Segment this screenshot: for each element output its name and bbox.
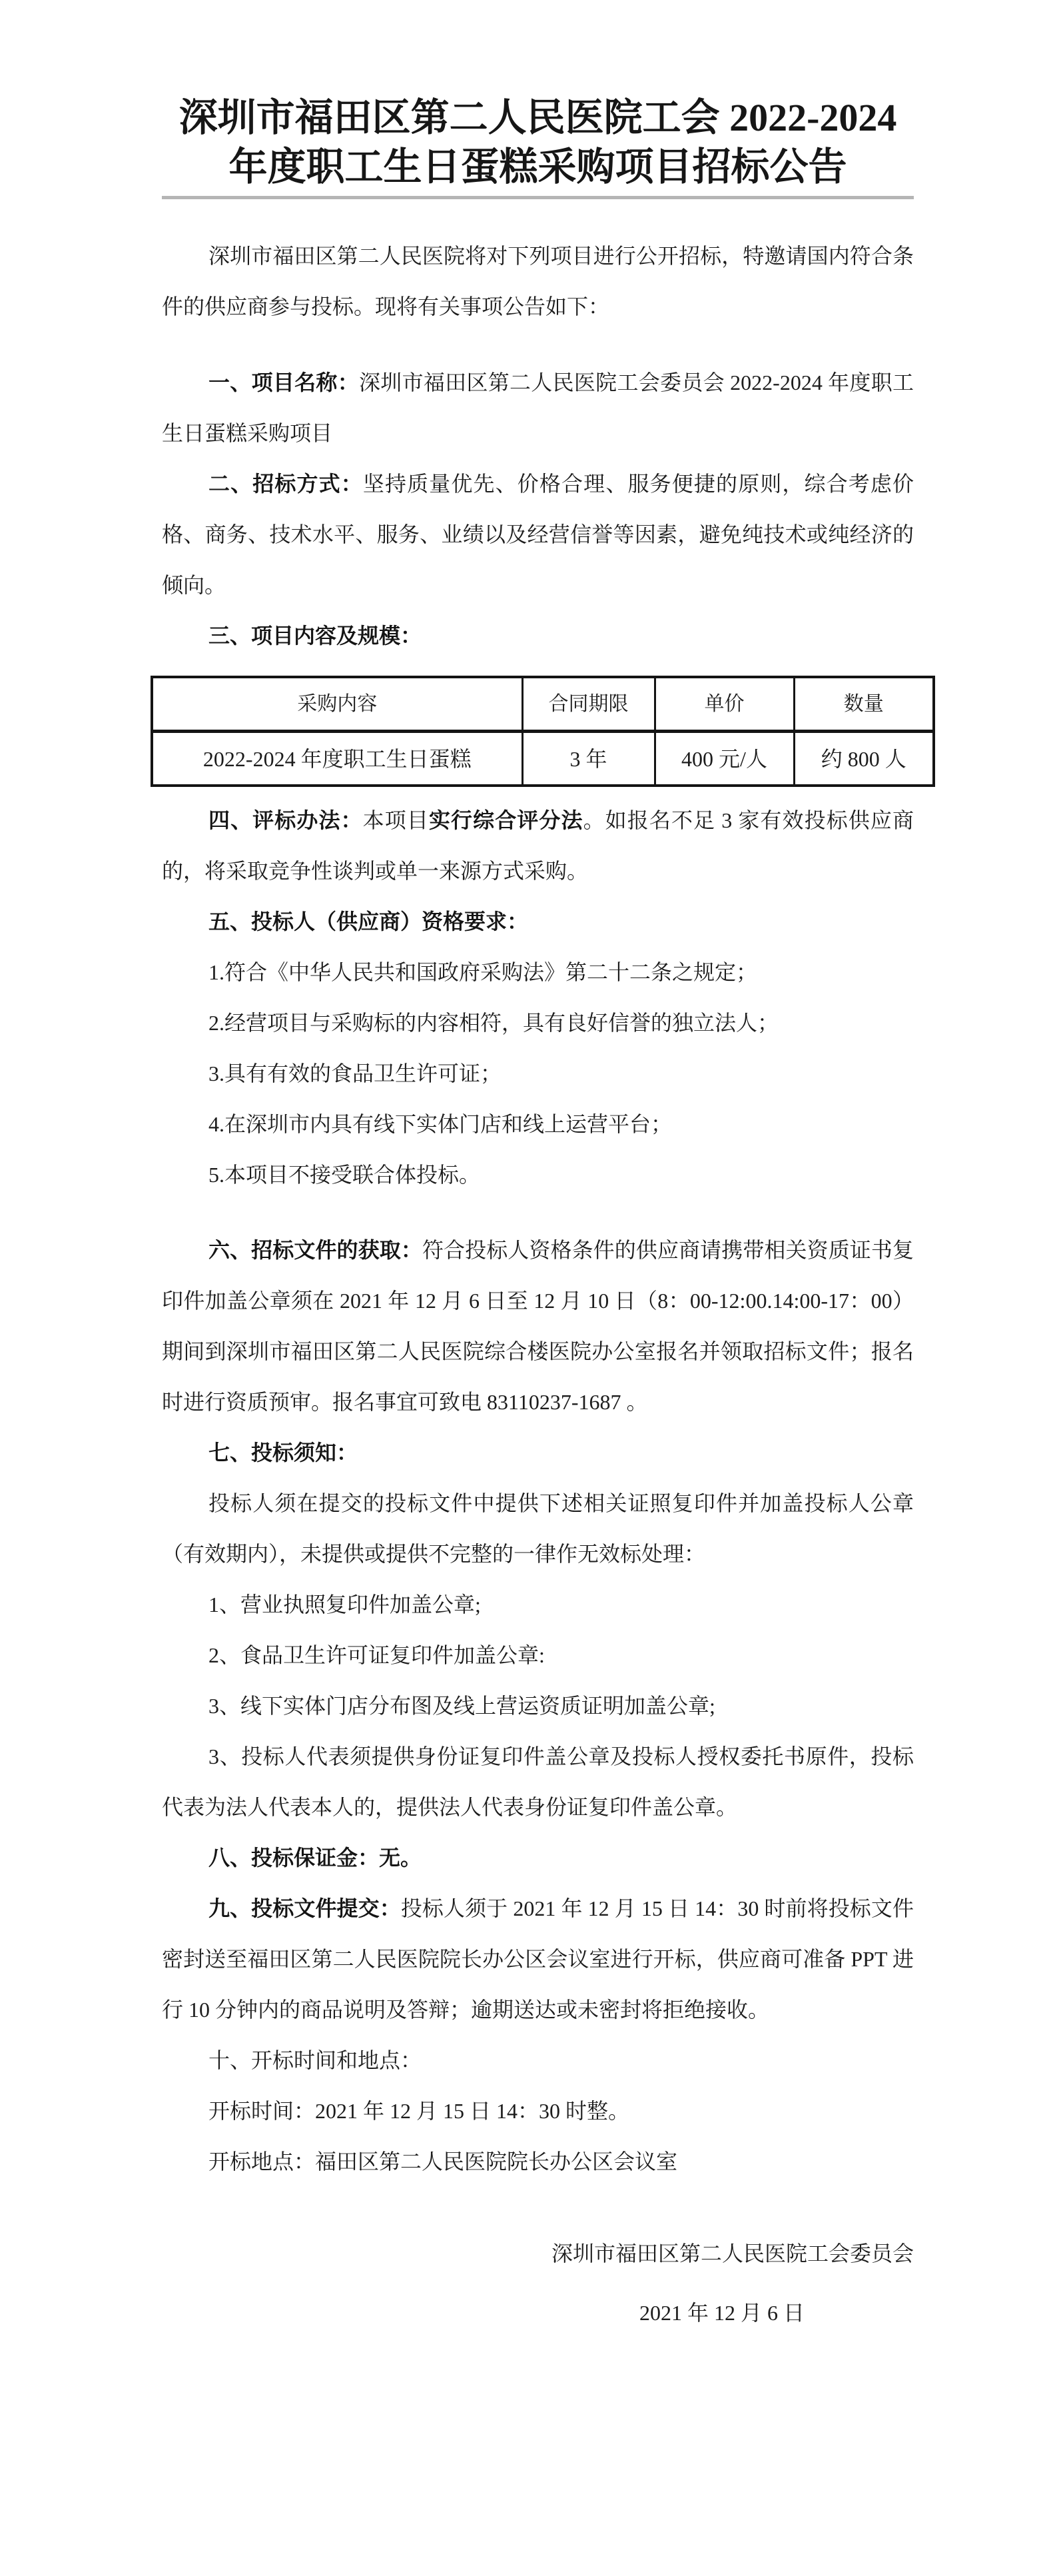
section-10-open-time: 开标时间：2021 年 12 月 15 日 14：30 时整。 (162, 2086, 914, 2136)
table-header-contract-period: 合同期限 (522, 677, 655, 732)
section-4-text1: 本项目 (363, 808, 429, 832)
title-divider (162, 196, 914, 199)
announcement-page: 深圳市福田区第二人民医院工会 2022-2024 年度职工生日蛋糕采购项目招标公… (0, 0, 1057, 2576)
table-header-quantity: 数量 (794, 677, 934, 732)
section-5-item-1: 1.符合《中华人民共和国政府采购法》第二十二条之规定； (162, 947, 914, 997)
section-6-text: 符合投标人资格条件的供应商请携带相关资质证书复印件加盖公章须在 2021 年 1… (162, 1238, 914, 1414)
section-4-bold-phrase: 实行综合评分法 (429, 808, 583, 832)
section-4-evaluation-method: 四、评标办法：本项目实行综合评分法。如报名不足 3 家有效投标供应商的，将采取竞… (162, 795, 914, 896)
section-7-label: 七、投标须知： (208, 1441, 358, 1465)
table-header-content: 采购内容 (152, 677, 522, 732)
section-2-label: 二、招标方式： (208, 472, 363, 496)
section-5-heading: 五、投标人（供应商）资格要求： (162, 896, 914, 947)
section-7-item-3: 3、线下实体门店分布图及线上营运资质证明加盖公章; (162, 1680, 914, 1731)
section-1-label: 一、项目名称： (208, 370, 359, 394)
section-5-item-3: 3.具有有效的食品卫生许可证； (162, 1048, 914, 1099)
section-7-item-4: 3、投标人代表须提供身份证复印件盖公章及投标人授权委托书原件，投标代表为法人代表… (162, 1731, 914, 1832)
document-title-line2: 年度职工生日蛋糕采购项目招标公告 (162, 143, 914, 192)
procurement-table: 采购内容 合同期限 单价 数量 2022-2024 年度职工生日蛋糕 3 年 4… (151, 676, 935, 787)
section-3-heading: 三、项目内容及规模： (162, 610, 914, 661)
section-5-item-2: 2.经营项目与采购标的内容相符，具有良好信誉的独立法人； (162, 997, 914, 1048)
table-cell-contract-period: 3 年 (522, 732, 655, 786)
table-cell-unit-price: 400 元/人 (655, 732, 794, 786)
section-1-project-name: 一、项目名称：深圳市福田区第二人民医院工会委员会 2022-2024 年度职工生… (162, 357, 914, 458)
section-7-heading: 七、投标须知： (162, 1427, 914, 1478)
document-title: 深圳市福田区第二人民医院工会 2022-2024 年度职工生日蛋糕采购项目招标公… (162, 93, 914, 192)
section-7-paragraph: 投标人须在提交的投标文件中提供下述相关证照复印件并加盖投标人公章（有效期内），未… (162, 1478, 914, 1579)
section-5-item-4: 4.在深圳市内具有线下实体门店和线上运营平台； (162, 1099, 914, 1149)
section-4-label: 四、评标办法： (208, 808, 363, 832)
section-9-bid-submission: 九、投标文件提交：投标人须于 2021 年 12 月 15 日 14：30 时前… (162, 1883, 914, 2035)
intro-text: 深圳市福田区第二人民医院将对下列项目进行公开招标，特邀请国内符合条件的供应商参与… (162, 244, 914, 319)
section-6-document-obtaining: 六、招标文件的获取：符合投标人资格条件的供应商请携带相关资质证书复印件加盖公章须… (162, 1225, 914, 1427)
table-cell-quantity: 约 800 人 (794, 732, 934, 786)
section-10-heading: 十、开标时间和地点： (162, 2035, 914, 2086)
section-8-bid-bond: 八、投标保证金：无。 (162, 1832, 914, 1883)
section-8-label: 八、投标保证金： (208, 1846, 379, 1870)
signature-organization: 深圳市福田区第二人民医院工会委员会 (162, 2228, 914, 2279)
table-header-unit-price: 单价 (655, 677, 794, 732)
document-title-line1: 深圳市福田区第二人民医院工会 2022-2024 (162, 93, 914, 143)
intro-paragraph: 深圳市福田区第二人民医院将对下列项目进行公开招标，特邀请国内符合条件的供应商参与… (162, 231, 914, 332)
section-7-item-2: 2、食品卫生许可证复印件加盖公章: (162, 1630, 914, 1680)
section-10-open-place: 开标地点：福田区第二人民医院院长办公区会议室 (162, 2136, 914, 2187)
section-5-label: 五、投标人（供应商）资格要求： (208, 910, 528, 934)
signature-date: 2021 年 12 月 6 日 (162, 2287, 914, 2338)
section-6-label: 六、招标文件的获取： (208, 1238, 422, 1262)
section-5-item-5: 5.本项目不接受联合体投标。 (162, 1149, 914, 1200)
table-cell-content: 2022-2024 年度职工生日蛋糕 (152, 732, 522, 786)
table-row: 2022-2024 年度职工生日蛋糕 3 年 400 元/人 约 800 人 (152, 732, 934, 786)
section-9-label: 九、投标文件提交： (208, 1896, 401, 1920)
table-header-row: 采购内容 合同期限 单价 数量 (152, 677, 934, 732)
section-7-item-1: 1、营业执照复印件加盖公章; (162, 1579, 914, 1630)
section-3-label: 三、项目内容及规模： (208, 624, 422, 648)
section-8-value: 无。 (379, 1846, 422, 1870)
section-2-bidding-method: 二、招标方式：坚持质量优先、价格合理、服务便捷的原则，综合考虑价格、商务、技术水… (162, 458, 914, 610)
